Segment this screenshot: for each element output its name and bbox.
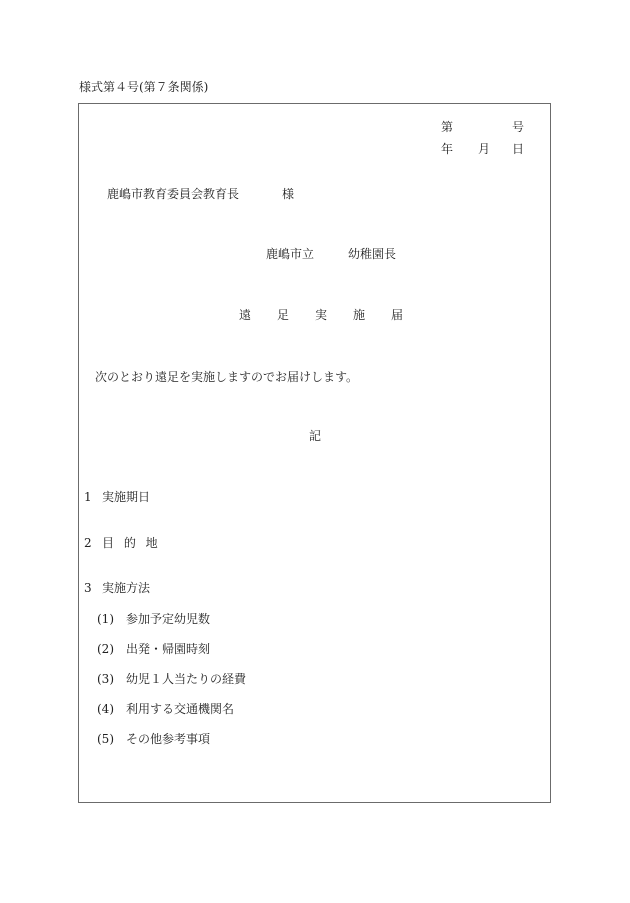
addressee-name: 鹿嶋市教育委員会教育長	[107, 188, 239, 200]
title-char: 実	[315, 309, 353, 321]
document-number-suffix: 号	[512, 121, 524, 133]
title-char: 施	[353, 309, 391, 321]
sub-item-number: (1)	[97, 613, 114, 625]
item-label-destination: 目 的 地	[102, 537, 161, 549]
date-day-label: 日	[512, 143, 524, 155]
sub-item-number: (2)	[97, 643, 114, 655]
ki-heading: 記	[309, 430, 321, 442]
sender-suffix: 幼稚園長	[348, 248, 396, 260]
item-number: 3	[84, 582, 92, 594]
form-frame	[78, 103, 551, 803]
title-char: 遠	[239, 309, 277, 321]
sub-item-label: 幼児１人当たりの経費	[126, 673, 246, 685]
sub-item-label: その他参考事項	[126, 733, 210, 745]
addressee-honorific: 様	[282, 188, 294, 200]
sub-item-number: (5)	[97, 733, 114, 745]
sender-prefix: 鹿嶋市立	[266, 248, 314, 260]
title-char: 届	[391, 309, 429, 321]
document-title: 遠足実施届	[239, 309, 429, 321]
sub-item-label: 出発・帰園時刻	[126, 643, 210, 655]
sub-item-label: 参加予定幼児数	[126, 613, 210, 625]
document-number-prefix: 第	[441, 121, 453, 133]
body-text: 次のとおり遠足を実施しますのでお届けします。	[95, 371, 358, 383]
sub-item-number: (4)	[97, 703, 114, 715]
sub-item-number: (3)	[97, 673, 114, 685]
title-char: 足	[277, 309, 315, 321]
date-month-label: 月	[478, 143, 490, 155]
form-number-label: 様式第４号(第７条関係)	[79, 81, 208, 93]
item-number: 2	[84, 537, 92, 549]
item-label-date: 実施期日	[102, 491, 150, 503]
sub-item-label: 利用する交通機関名	[126, 703, 234, 715]
item-label-method: 実施方法	[102, 582, 150, 594]
item-number: 1	[84, 491, 92, 503]
date-year-label: 年	[441, 143, 453, 155]
